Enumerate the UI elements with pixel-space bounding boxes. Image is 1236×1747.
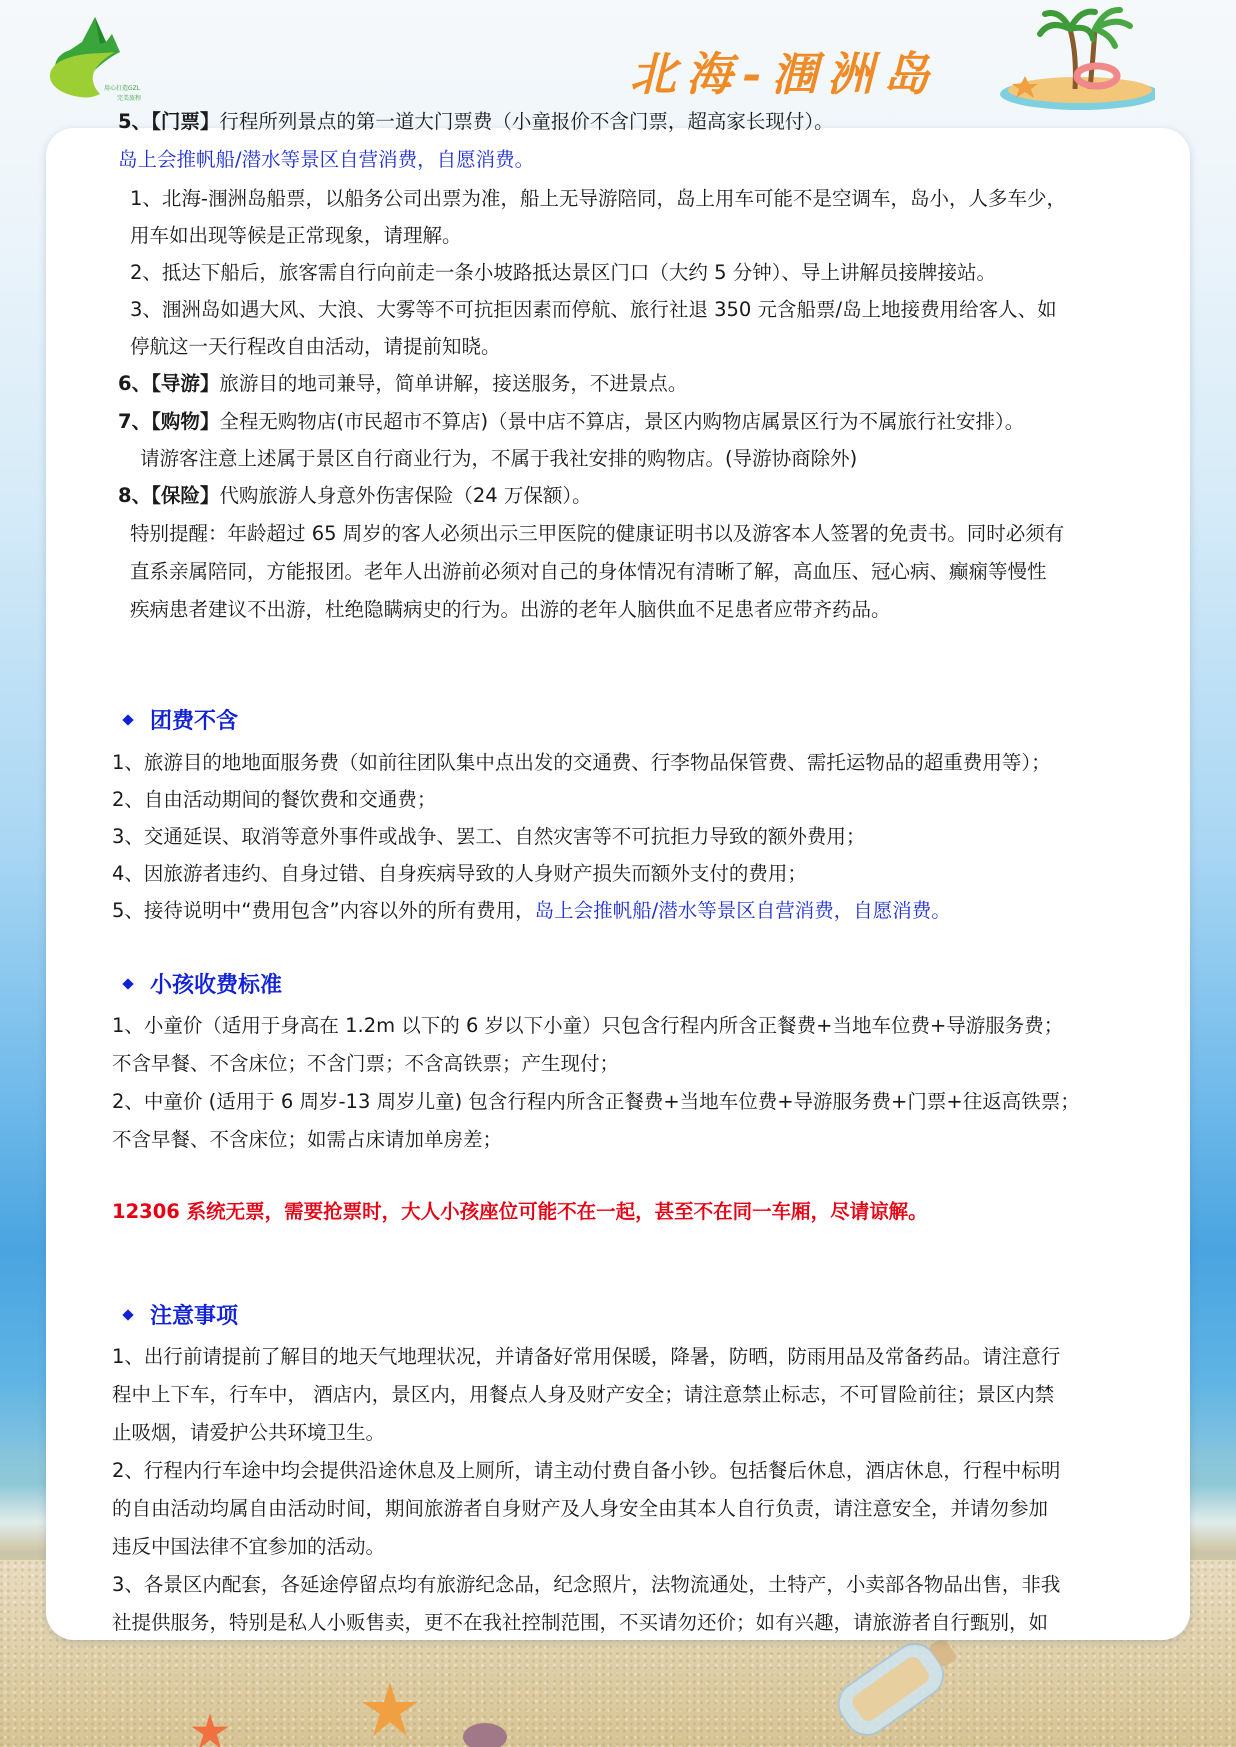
notes-item: 社提供服务，特别是私人小贩售卖，更不在我社控制范围，不买请勿还价；如有兴趣，请旅… xyxy=(112,1609,1048,1637)
child-fee-item: 1、小童价（适用于身高在 1.2m 以下的 6 岁以下小童）只包含行程内所含正餐… xyxy=(112,1012,1063,1040)
ticket-warning: 12306 系统无票，需要抢票时，大人小孩座位可能不在一起，甚至不在同一车厢，尽… xyxy=(112,1198,928,1226)
section-heading-fees-excluded: 团费不含 xyxy=(124,708,238,736)
diamond-bullet-icon xyxy=(122,978,133,989)
special-reminder: 疾病患者建议不出游，杜绝隐瞒病史的行为。出游的老年人脑供血不足患者应带齐药品。 xyxy=(130,596,891,624)
section-heading-child-fees: 小孩收费标准 xyxy=(124,972,282,1000)
excluded-item: 4、因旅游者违约、自身过错、自身疾病导致的人身财产损失而额外支付的费用； xyxy=(112,860,807,888)
ferry-note: 停航这一天行程改自由活动，请提前知晓。 xyxy=(130,333,501,361)
notes-item: 3、各景区内配套，各延途停留点均有旅游纪念品，纪念照片，法物流通处，土特产，小卖… xyxy=(112,1571,1060,1599)
diamond-bullet-icon xyxy=(122,714,133,725)
notes-item: 1、出行前请提前了解目的地天气地理状况，并请备好常用保暖，降暑，防晒，防雨用品及… xyxy=(112,1343,1060,1371)
self-pay-note: 岛上会推帆船/潜水等景区自营消费，自愿消费。 xyxy=(118,146,534,174)
ferry-note: 2、抵达下船后，旅客需自行向前走一条小坡路抵达景区门口（大约 5 分钟）、导上讲… xyxy=(130,259,996,287)
excluded-item: 1、旅游目的地地面服务费（如前往团队集中点出发的交通费、行李物品保管费、需托运物… xyxy=(112,749,1051,777)
excluded-item: 3、交通延误、取消等意外事件或战争、罢工、自然灾害等不可抗拒力导致的额外费用； xyxy=(112,823,865,851)
starfish-icon xyxy=(360,1680,420,1740)
notes-item: 2、行程内行车途中均会提供沿途休息及上厕所，请主动付费自备小钞。包括餐后休息，酒… xyxy=(112,1457,1060,1485)
included-item-5: 5、【门票】行程所列景点的第一道大门票费（小童报价不含门票，超高家长现付）。 xyxy=(118,108,834,136)
shopping-note: 请游客注意上述属于景区自行商业行为，不属于我社安排的购物店。(导游协商除外) xyxy=(140,445,857,473)
notes-item: 止吸烟，请爱护公共环境卫生。 xyxy=(112,1419,385,1447)
section-heading-notes: 注意事项 xyxy=(124,1303,238,1331)
child-fee-item: 不含早餐、不含床位；如需占床请加单房差； xyxy=(112,1126,502,1154)
ferry-note: 1、北海-涠洲岛船票，以船务公司出票为准，船上无导游陪同，岛上用车可能不是空调车… xyxy=(130,185,1066,213)
excluded-item: 2、自由活动期间的餐饮费和交通费； xyxy=(112,786,436,814)
diamond-bullet-icon xyxy=(122,1309,133,1320)
included-item-8: 8、【保险】代购旅游人身意外伤害保险（24 万保额）。 xyxy=(118,482,592,510)
special-reminder: 直系亲属陪同，方能报团。老年人出游前必须对自己的身体情况有清晰了解，高血压、冠心… xyxy=(130,558,1047,586)
notes-item: 程中上下车，行车中， 酒店内，景区内，用餐点人身及财产安全；请注意禁止标志，不可… xyxy=(112,1381,1054,1409)
shell-icon xyxy=(460,1712,510,1747)
child-fee-item: 不含早餐、不含床位；不含门票；不含高铁票；产生现付； xyxy=(112,1050,619,1078)
excluded-item: 5、接待说明中“费用包含”内容以外的所有费用，岛上会推帆船/潜水等景区自营消费，… xyxy=(112,897,951,925)
special-reminder: 特别提醒：年龄超过 65 周岁的客人必须出示三甲医院的健康证明书以及游客本人签署… xyxy=(130,520,1064,548)
ferry-note: 3、涠洲岛如遇大风、大浪、大雾等不可抗拒因素而停航、旅行社退 350 元含船票/… xyxy=(130,296,1057,324)
included-item-6: 6、【导游】旅游目的地司兼导，简单讲解，接送服务，不进景点。 xyxy=(118,370,687,398)
included-item-7: 7、【购物】全程无购物店(市民超市不算店)（景中店不算店，景区内购物店属景区行为… xyxy=(118,408,1024,436)
child-fee-item: 2、中童价 (适用于 6 周岁-13 周岁儿童) 包含行程内所含正餐费+当地车位… xyxy=(112,1088,1080,1116)
message-bottle-icon xyxy=(800,1640,960,1747)
notes-item: 违反中国法律不宜参加的活动。 xyxy=(112,1533,385,1561)
starfish-icon xyxy=(180,1712,240,1747)
itinerary-document: 5、【门票】行程所列景点的第一道大门票费（小童报价不含门票，超高家长现付）。 岛… xyxy=(0,0,1236,1640)
notes-item: 的自由活动均属自由活动时间，期间旅游者自身财产及人身安全由其本人自行负责，请注意… xyxy=(112,1495,1048,1523)
ferry-note: 用车如出现等候是正常现象，请理解。 xyxy=(130,222,462,250)
